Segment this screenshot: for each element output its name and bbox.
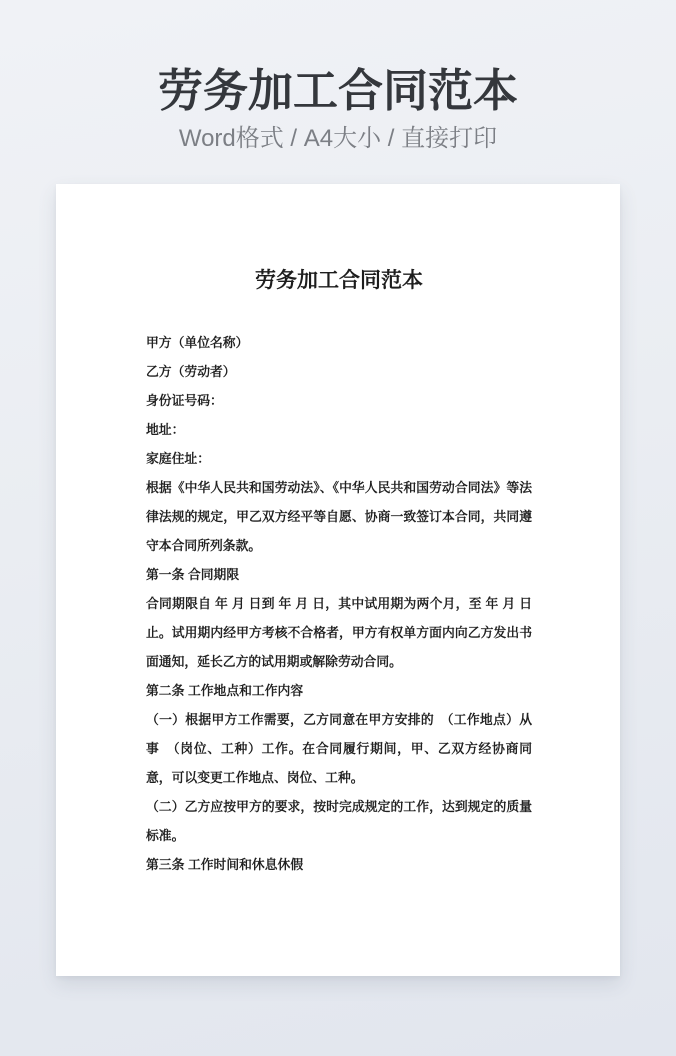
page-title: 劳务加工合同范本 xyxy=(0,68,676,113)
contract-article-2-clause-2: （二）乙方应按甲方的要求，按时完成规定的工作，达到规定的质量标准。 xyxy=(146,792,532,850)
contract-article-1-body: 合同期限自 年 月 日到 年 月 日，其中试用期为两个月，至 年 月 日止。试用… xyxy=(146,589,532,676)
hero-header: 劳务加工合同范本 Word格式 / A4大小 / 直接打印 xyxy=(0,68,676,154)
document-preview-page: 劳务加工合同范本 甲方（单位名称） 乙方（劳动者） 身份证号码： 地址： 家庭住… xyxy=(56,184,620,976)
contract-field-id-number: 身份证号码： xyxy=(146,386,532,415)
page-subtitle: Word格式 / A4大小 / 直接打印 xyxy=(0,124,676,154)
contract-article-2-heading: 第二条 工作地点和工作内容 xyxy=(146,676,532,705)
document-title: 劳务加工合同范本 xyxy=(146,270,532,291)
document-body: 甲方（单位名称） 乙方（劳动者） 身份证号码： 地址： 家庭住址： 根据《中华人… xyxy=(146,328,532,879)
contract-article-1-heading: 第一条 合同期限 xyxy=(146,560,532,589)
contract-field-home-address: 家庭住址： xyxy=(146,444,532,473)
contract-field-party-a: 甲方（单位名称） xyxy=(146,328,532,357)
contract-field-address: 地址： xyxy=(146,415,532,444)
contract-article-3-heading: 第三条 工作时间和休息休假 xyxy=(146,850,532,879)
contract-preamble: 根据《中华人民共和国劳动法》、《中华人民共和国劳动合同法》等法律法规的规定，甲乙… xyxy=(146,473,532,560)
contract-field-party-b: 乙方（劳动者） xyxy=(146,357,532,386)
contract-article-2-clause-1: （一）根据甲方工作需要，乙方同意在甲方安排的 （工作地点）从事 （岗位、工种）工… xyxy=(146,705,532,792)
